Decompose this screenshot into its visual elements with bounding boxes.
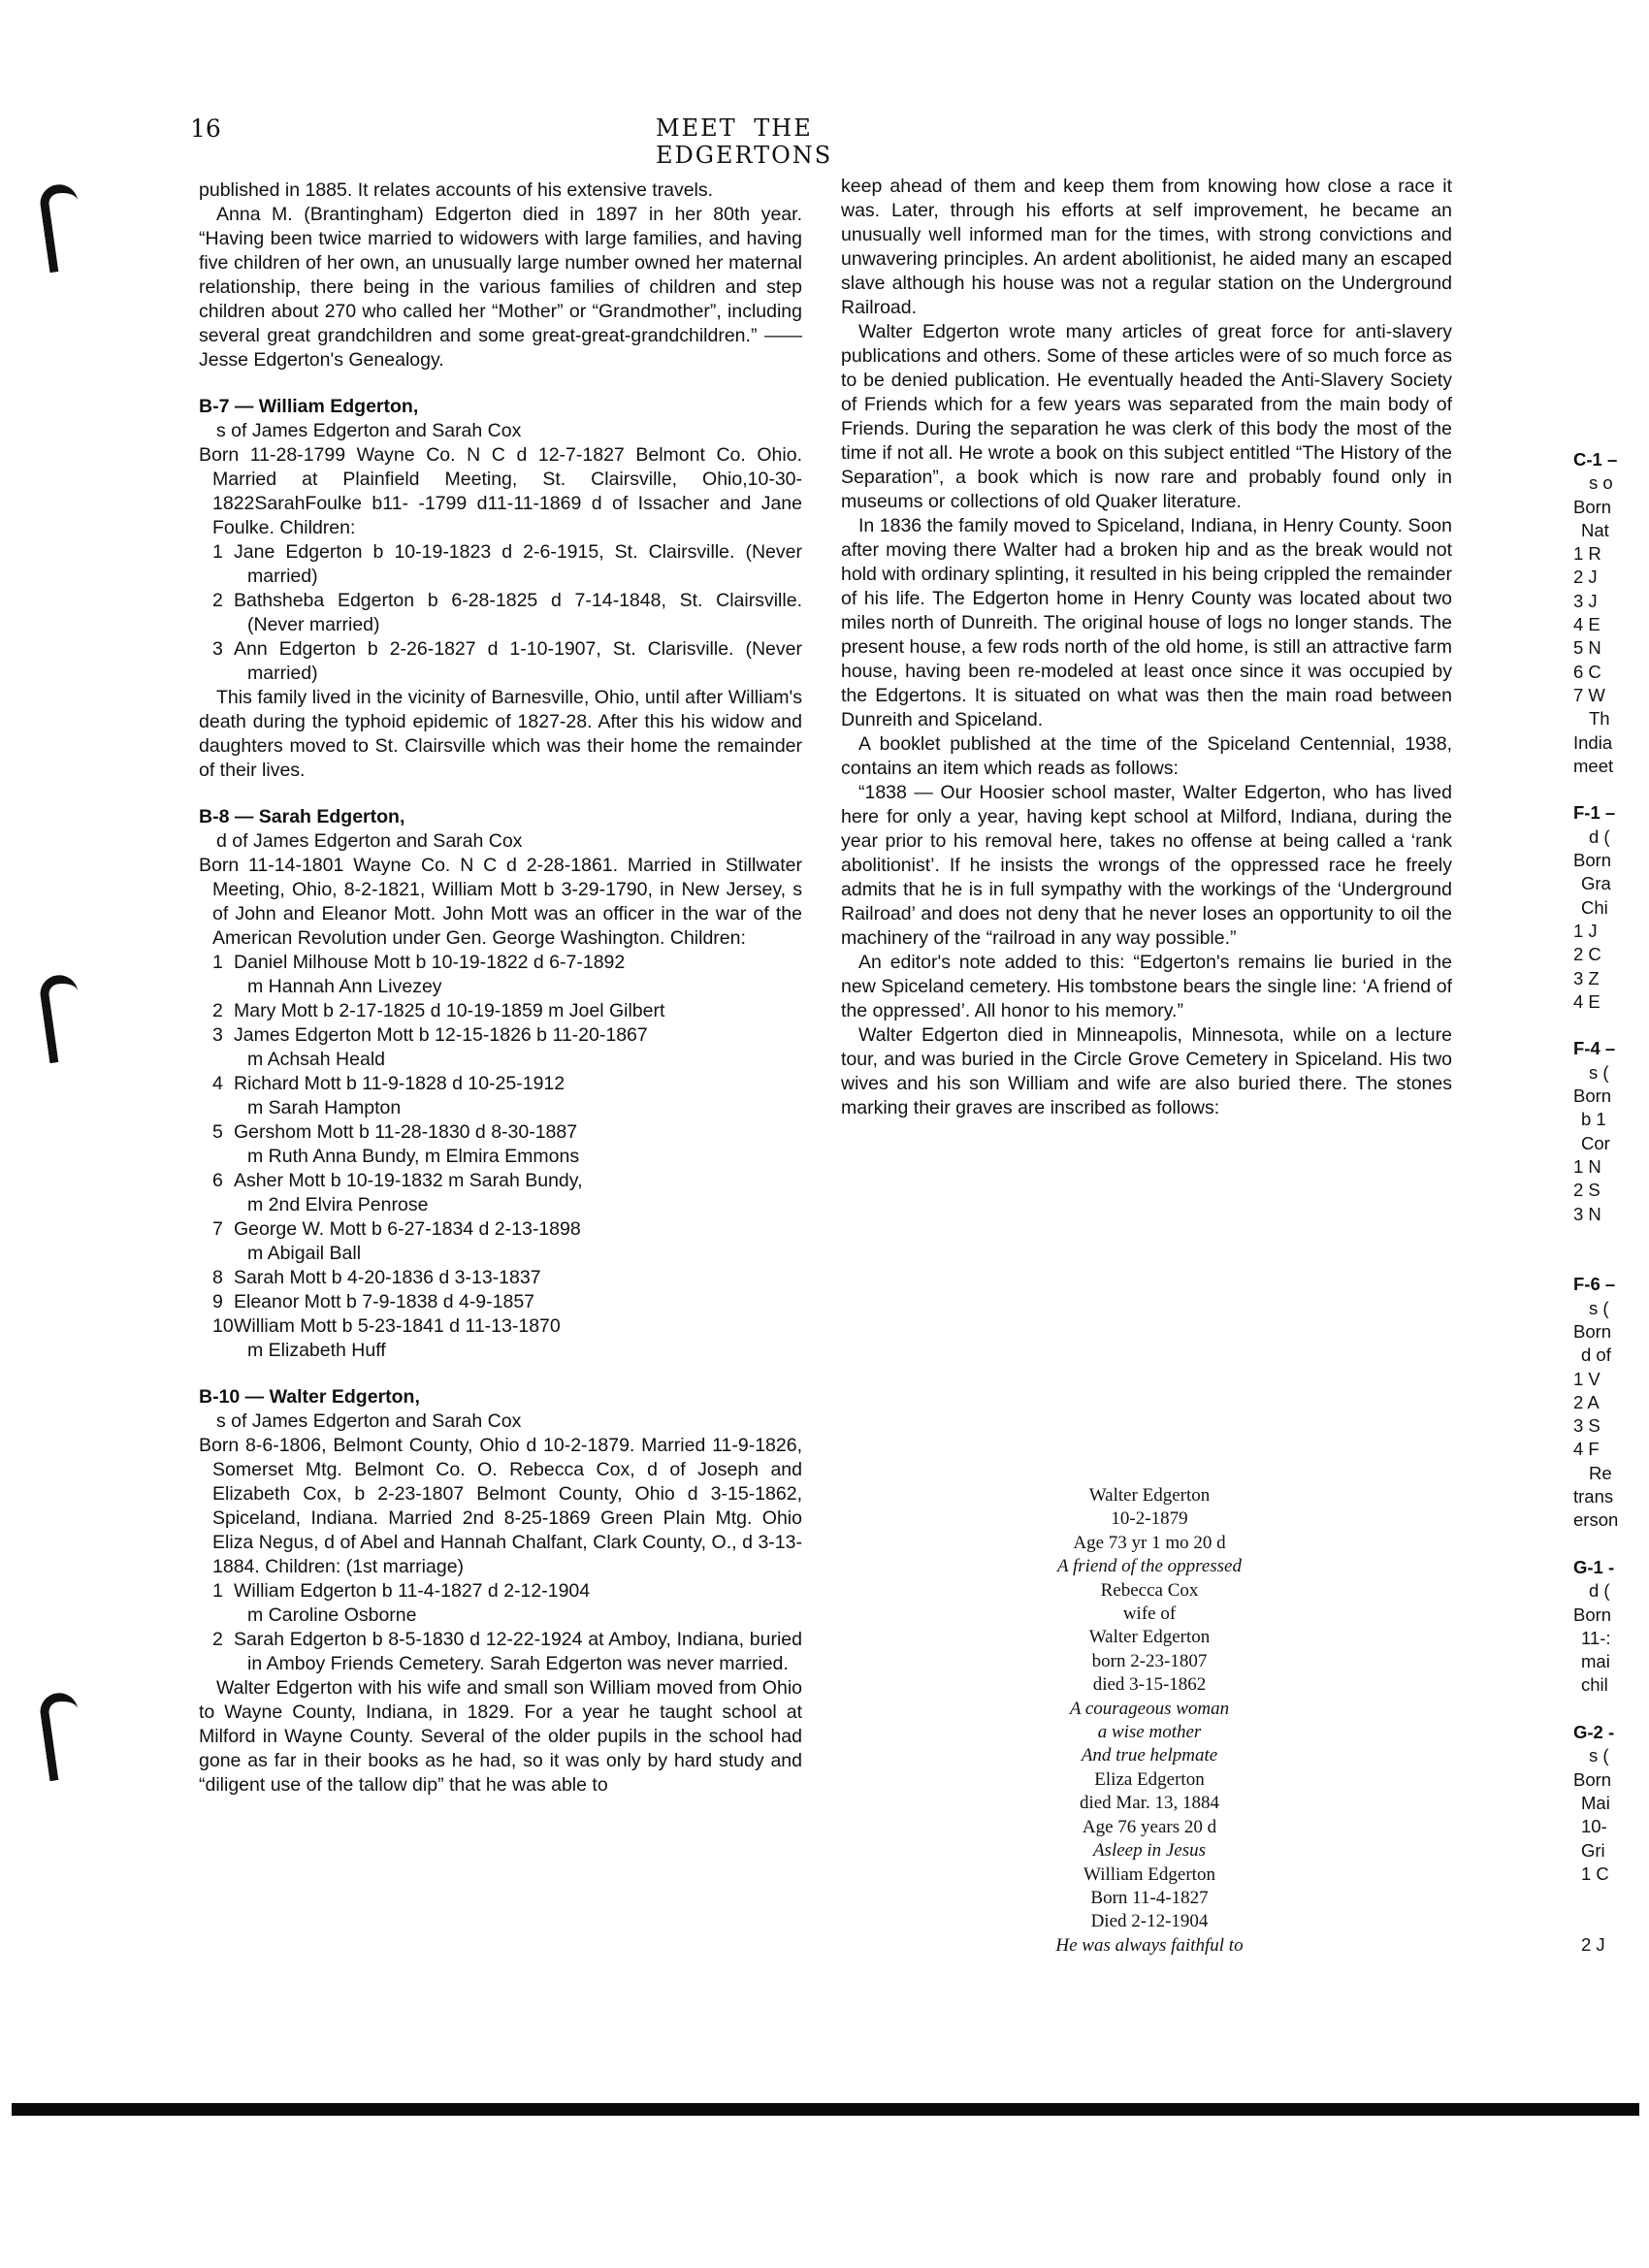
child-number: 1: [212, 540, 234, 565]
binding-hole-mark: [38, 1691, 87, 1782]
child-number: 2: [212, 1628, 234, 1652]
fragment-line: Born: [1573, 496, 1649, 519]
fragment-line: d of: [1573, 1344, 1649, 1367]
fragment-line: G-2 -: [1573, 1721, 1649, 1744]
child-spouse: m Elizabeth Huff: [199, 1339, 802, 1363]
inscription-line: He was always faithful to: [960, 1934, 1339, 1958]
inscription-line: Born 11-4-1827: [960, 1887, 1339, 1910]
child-text: William Edgerton b 11-4-1827 d 2-12-1904: [234, 1580, 590, 1602]
children-list: 1Daniel Milhouse Mott b 10-19-1822 d 6-7…: [199, 951, 802, 1363]
fragment-line: 2 C: [1573, 943, 1649, 966]
child-number: 2: [212, 589, 234, 613]
fragment-line: F-6 –: [1573, 1273, 1649, 1296]
child-entry: 2Mary Mott b 2-17-1825 d 10-19-1859 m Jo…: [199, 999, 802, 1023]
inscription-line: And true helpmate: [960, 1744, 1339, 1767]
fragment-line: 7 W: [1573, 684, 1649, 707]
child-spouse: m Ruth Anna Bundy, m Elmira Emmons: [199, 1145, 802, 1169]
children-list: 1William Edgerton b 11-4-1827 d 2-12-190…: [199, 1579, 802, 1676]
fragment-line: [1573, 1698, 1649, 1721]
fragment-line: 2 A: [1573, 1391, 1649, 1414]
fragment-line: 1 J: [1573, 920, 1649, 943]
inscription-line: A friend of the oppressed: [960, 1555, 1339, 1578]
fragment-line: 2 S: [1573, 1179, 1649, 1202]
inscription-line: died Mar. 13, 1884: [960, 1792, 1339, 1815]
fragment-line: Born: [1573, 1768, 1649, 1792]
children-list: 1Jane Edgerton b 10-19-1823 d 2-6-1915, …: [199, 540, 802, 686]
bottom-rule: [12, 2103, 1639, 2116]
inscription-line: Walter Edgerton: [960, 1626, 1339, 1649]
fragment-line: [1573, 1014, 1649, 1037]
centennial-quote: “1838 — Our Hoosier school master, Walte…: [841, 781, 1452, 951]
fragment-line: 4 F: [1573, 1438, 1649, 1461]
fragment-line: [1573, 1533, 1649, 1556]
fragment-line: 4 E: [1573, 990, 1649, 1014]
entry-heading: B-10 — Walter Edgerton,: [199, 1385, 802, 1409]
inscription-line: Eliza Edgerton: [960, 1768, 1339, 1792]
fragment-line: F-1 –: [1573, 801, 1649, 825]
fragment-line: Gra: [1573, 872, 1649, 895]
entry-vitals: Born 11-14-1801 Wayne Co. N C d 2-28-186…: [199, 854, 802, 951]
child-entry: 1William Edgerton b 11-4-1827 d 2-12-190…: [199, 1579, 802, 1604]
fragment-line: Cor: [1573, 1132, 1649, 1155]
entry-vitals: Born 8-6-1806, Belmont County, Ohio d 10…: [199, 1434, 802, 1579]
entry-parents: s of James Edgerton and Sarah Cox: [199, 1409, 802, 1434]
fragment-line: Gri: [1573, 1839, 1649, 1863]
editor-note: An editor's note added to this: “Edgerto…: [841, 951, 1452, 1023]
binding-hole-mark: [38, 973, 87, 1064]
entry-b10: B-10 — Walter Edgerton, s of James Edger…: [199, 1385, 802, 1798]
child-number: 4: [212, 1072, 234, 1096]
child-text: Sarah Edgerton b 8-5-1830 d 12-22-1924 a…: [234, 1629, 802, 1674]
child-entry: 3James Edgerton Mott b 12-15-1826 b 11-2…: [199, 1023, 802, 1048]
child-text: William Mott b 5-23-1841 d 11-13-1870: [234, 1315, 561, 1337]
child-number: 2: [212, 999, 234, 1023]
fragment-line: Born: [1573, 849, 1649, 872]
intro-paragraph: Anna M. (Brantingham) Edgerton died in 1…: [199, 203, 802, 373]
running-head: 16 MEET THE EDGERTONS: [190, 114, 995, 153]
fragment-line: 11-:: [1573, 1627, 1649, 1650]
fragment-line: 5 N: [1573, 636, 1649, 660]
child-number: 3: [212, 1023, 234, 1048]
child-entry: 1Jane Edgerton b 10-19-1823 d 2-6-1915, …: [199, 540, 802, 589]
middle-column: keep ahead of them and keep them from kn…: [841, 175, 1452, 1120]
inscription-line: wife of: [960, 1603, 1339, 1626]
fragment-line: Mai: [1573, 1792, 1649, 1815]
fragment-line: Born: [1573, 1320, 1649, 1344]
child-spouse: m Sarah Hampton: [199, 1096, 802, 1120]
entry-b7: B-7 — William Edgerton, s of James Edger…: [199, 395, 802, 783]
entry-note: This family lived in the vicinity of Bar…: [199, 686, 802, 783]
child-text: Asher Mott b 10-19-1832 m Sarah Bundy,: [234, 1170, 583, 1191]
inscription-line: Asleep in Jesus: [960, 1839, 1339, 1863]
page-number: 16: [190, 114, 221, 143]
child-number: 8: [212, 1266, 234, 1290]
inscription-line: 10-2-1879: [960, 1507, 1339, 1531]
child-text: George W. Mott b 6-27-1834 d 2-13-1898: [234, 1218, 581, 1240]
child-entry: 2Bathsheba Edgerton b 6-28-1825 d 7-14-1…: [199, 589, 802, 637]
right-page-edge-fragments: C-1 –s oBornNat1 R2 J3 J4 E5 N6 C7 WThIn…: [1573, 448, 1649, 1957]
child-text: Daniel Milhouse Mott b 10-19-1822 d 6-7-…: [234, 952, 625, 973]
fragment-line: [1573, 1886, 1649, 1909]
fragment-line: erson: [1573, 1508, 1649, 1532]
entry-heading: B-7 — William Edgerton,: [199, 395, 802, 419]
fragment-line: Chi: [1573, 896, 1649, 920]
child-number: 5: [212, 1120, 234, 1145]
fragment-line: s (: [1573, 1061, 1649, 1085]
fragment-line: [1573, 1226, 1649, 1249]
fragment-line: [1573, 778, 1649, 801]
fragment-line: G-1 -: [1573, 1556, 1649, 1579]
child-spouse: m Caroline Osborne: [199, 1604, 802, 1628]
child-number: 1: [212, 951, 234, 975]
intro-paragraph: published in 1885. It relates accounts o…: [199, 178, 802, 203]
child-entry: 1Daniel Milhouse Mott b 10-19-1822 d 6-7…: [199, 951, 802, 975]
entry-parents: s of James Edgerton and Sarah Cox: [199, 419, 802, 443]
fragment-line: trans: [1573, 1485, 1649, 1508]
child-text: Ann Edgerton b 2-26-1827 d 1-10-1907, St…: [234, 638, 802, 684]
fragment-line: 2 J: [1573, 1933, 1649, 1957]
child-entry: 9Eleanor Mott b 7-9-1838 d 4-9-1857: [199, 1290, 802, 1314]
fragment-line: [1573, 1249, 1649, 1273]
inscription-line: a wise mother: [960, 1721, 1339, 1744]
child-text: Richard Mott b 11-9-1828 d 10-25-1912: [234, 1073, 565, 1094]
child-number: 10: [212, 1314, 234, 1339]
fragment-line: s (: [1573, 1297, 1649, 1320]
child-entry: 4Richard Mott b 11-9-1828 d 10-25-1912: [199, 1072, 802, 1096]
fragment-line: chil: [1573, 1673, 1649, 1697]
child-text: Eleanor Mott b 7-9-1838 d 4-9-1857: [234, 1291, 534, 1312]
child-entry: 10William Mott b 5-23-1841 d 11-13-1870: [199, 1314, 802, 1339]
entry-vitals: Born 11-28-1799 Wayne Co. N C d 12-7-182…: [199, 443, 802, 540]
fragment-line: 6 C: [1573, 661, 1649, 684]
book-title: MEET THE EDGERTONS: [656, 114, 995, 169]
child-entry: 8Sarah Mott b 4-20-1836 d 3-13-1837: [199, 1266, 802, 1290]
child-spouse: m Hannah Ann Livezey: [199, 975, 802, 999]
body-paragraph: keep ahead of them and keep them from kn…: [841, 175, 1452, 320]
child-entry: 5Gershom Mott b 11-28-1830 d 8-30-1887: [199, 1120, 802, 1145]
body-paragraph: A booklet published at the time of the S…: [841, 732, 1452, 781]
fragment-line: 3 N: [1573, 1203, 1649, 1226]
fragment-line: 3 Z: [1573, 967, 1649, 990]
inscription-line: died 3-15-1862: [960, 1673, 1339, 1697]
inscription-line: born 2-23-1807: [960, 1650, 1339, 1673]
fragment-line: 1 V: [1573, 1368, 1649, 1391]
fragment-line: Born: [1573, 1604, 1649, 1627]
inscription-line: Age 73 yr 1 mo 20 d: [960, 1532, 1339, 1555]
inscription-line: A courageous woman: [960, 1698, 1339, 1721]
fragment-line: 10-: [1573, 1815, 1649, 1838]
child-spouse: m Achsah Heald: [199, 1048, 802, 1072]
fragment-line: meet: [1573, 755, 1649, 778]
fragment-line: d (: [1573, 1579, 1649, 1603]
child-spouse: m 2nd Elvira Penrose: [199, 1193, 802, 1217]
gravestone-inscriptions: Walter Edgerton10-2-1879Age 73 yr 1 mo 2…: [960, 1484, 1339, 1958]
left-column: published in 1885. It relates accounts o…: [199, 178, 802, 1798]
fragment-line: s (: [1573, 1744, 1649, 1767]
child-number: 1: [212, 1579, 234, 1604]
fragment-line: d (: [1573, 826, 1649, 849]
fragment-line: [1573, 1909, 1649, 1932]
fragment-line: India: [1573, 731, 1649, 755]
closing-paragraph: Walter Edgerton died in Minneapolis, Min…: [841, 1023, 1452, 1120]
child-entry: 3Ann Edgerton b 2-26-1827 d 1-10-1907, S…: [199, 637, 802, 686]
child-entry: 7George W. Mott b 6-27-1834 d 2-13-1898: [199, 1217, 802, 1242]
fragment-line: Born: [1573, 1085, 1649, 1108]
fragment-line: Th: [1573, 707, 1649, 730]
child-text: Gershom Mott b 11-28-1830 d 8-30-1887: [234, 1121, 577, 1143]
child-number: 7: [212, 1217, 234, 1242]
child-number: 3: [212, 637, 234, 662]
inscription-line: Walter Edgerton: [960, 1484, 1339, 1507]
entry-heading: B-8 — Sarah Edgerton,: [199, 805, 802, 829]
fragment-line: 4 E: [1573, 613, 1649, 636]
fragment-line: b 1: [1573, 1108, 1649, 1131]
entry-parents: d of James Edgerton and Sarah Cox: [199, 829, 802, 854]
fragment-line: s o: [1573, 471, 1649, 495]
fragment-line: 1 C: [1573, 1863, 1649, 1886]
child-text: James Edgerton Mott b 12-15-1826 b 11-20…: [234, 1024, 648, 1046]
fragment-line: Nat: [1573, 519, 1649, 542]
fragment-line: 1 N: [1573, 1155, 1649, 1179]
child-text: Bathsheba Edgerton b 6-28-1825 d 7-14-18…: [234, 590, 802, 635]
child-text: Jane Edgerton b 10-19-1823 d 2-6-1915, S…: [234, 541, 802, 587]
child-number: 6: [212, 1169, 234, 1193]
fragment-line: 2 J: [1573, 566, 1649, 589]
fragment-line: 3 J: [1573, 590, 1649, 613]
inscription-line: Died 2-12-1904: [960, 1910, 1339, 1933]
fragment-line: Re: [1573, 1462, 1649, 1485]
inscription-line: William Edgerton: [960, 1863, 1339, 1887]
inscription-line: Age 76 years 20 d: [960, 1816, 1339, 1839]
child-number: 9: [212, 1290, 234, 1314]
body-paragraph: Walter Edgerton wrote many articles of g…: [841, 320, 1452, 514]
entry-b8: B-8 — Sarah Edgerton, d of James Edgerto…: [199, 805, 802, 1363]
inscription-line: Rebecca Cox: [960, 1579, 1339, 1603]
entry-note: Walter Edgerton with his wife and small …: [199, 1676, 802, 1798]
child-text: Mary Mott b 2-17-1825 d 10-19-1859 m Joe…: [234, 1000, 664, 1021]
child-text: Sarah Mott b 4-20-1836 d 3-13-1837: [234, 1267, 541, 1288]
fragment-line: F-4 –: [1573, 1037, 1649, 1060]
child-spouse: m Abigail Ball: [199, 1242, 802, 1266]
fragment-line: C-1 –: [1573, 448, 1649, 471]
child-entry: 6Asher Mott b 10-19-1832 m Sarah Bundy,: [199, 1169, 802, 1193]
child-entry: 2Sarah Edgerton b 8-5-1830 d 12-22-1924 …: [199, 1628, 802, 1676]
fragment-line: mai: [1573, 1650, 1649, 1673]
fragment-line: 1 R: [1573, 542, 1649, 566]
fragment-line: 3 S: [1573, 1414, 1649, 1438]
body-paragraph: In 1836 the family moved to Spiceland, I…: [841, 514, 1452, 732]
binding-hole-mark: [38, 182, 87, 274]
